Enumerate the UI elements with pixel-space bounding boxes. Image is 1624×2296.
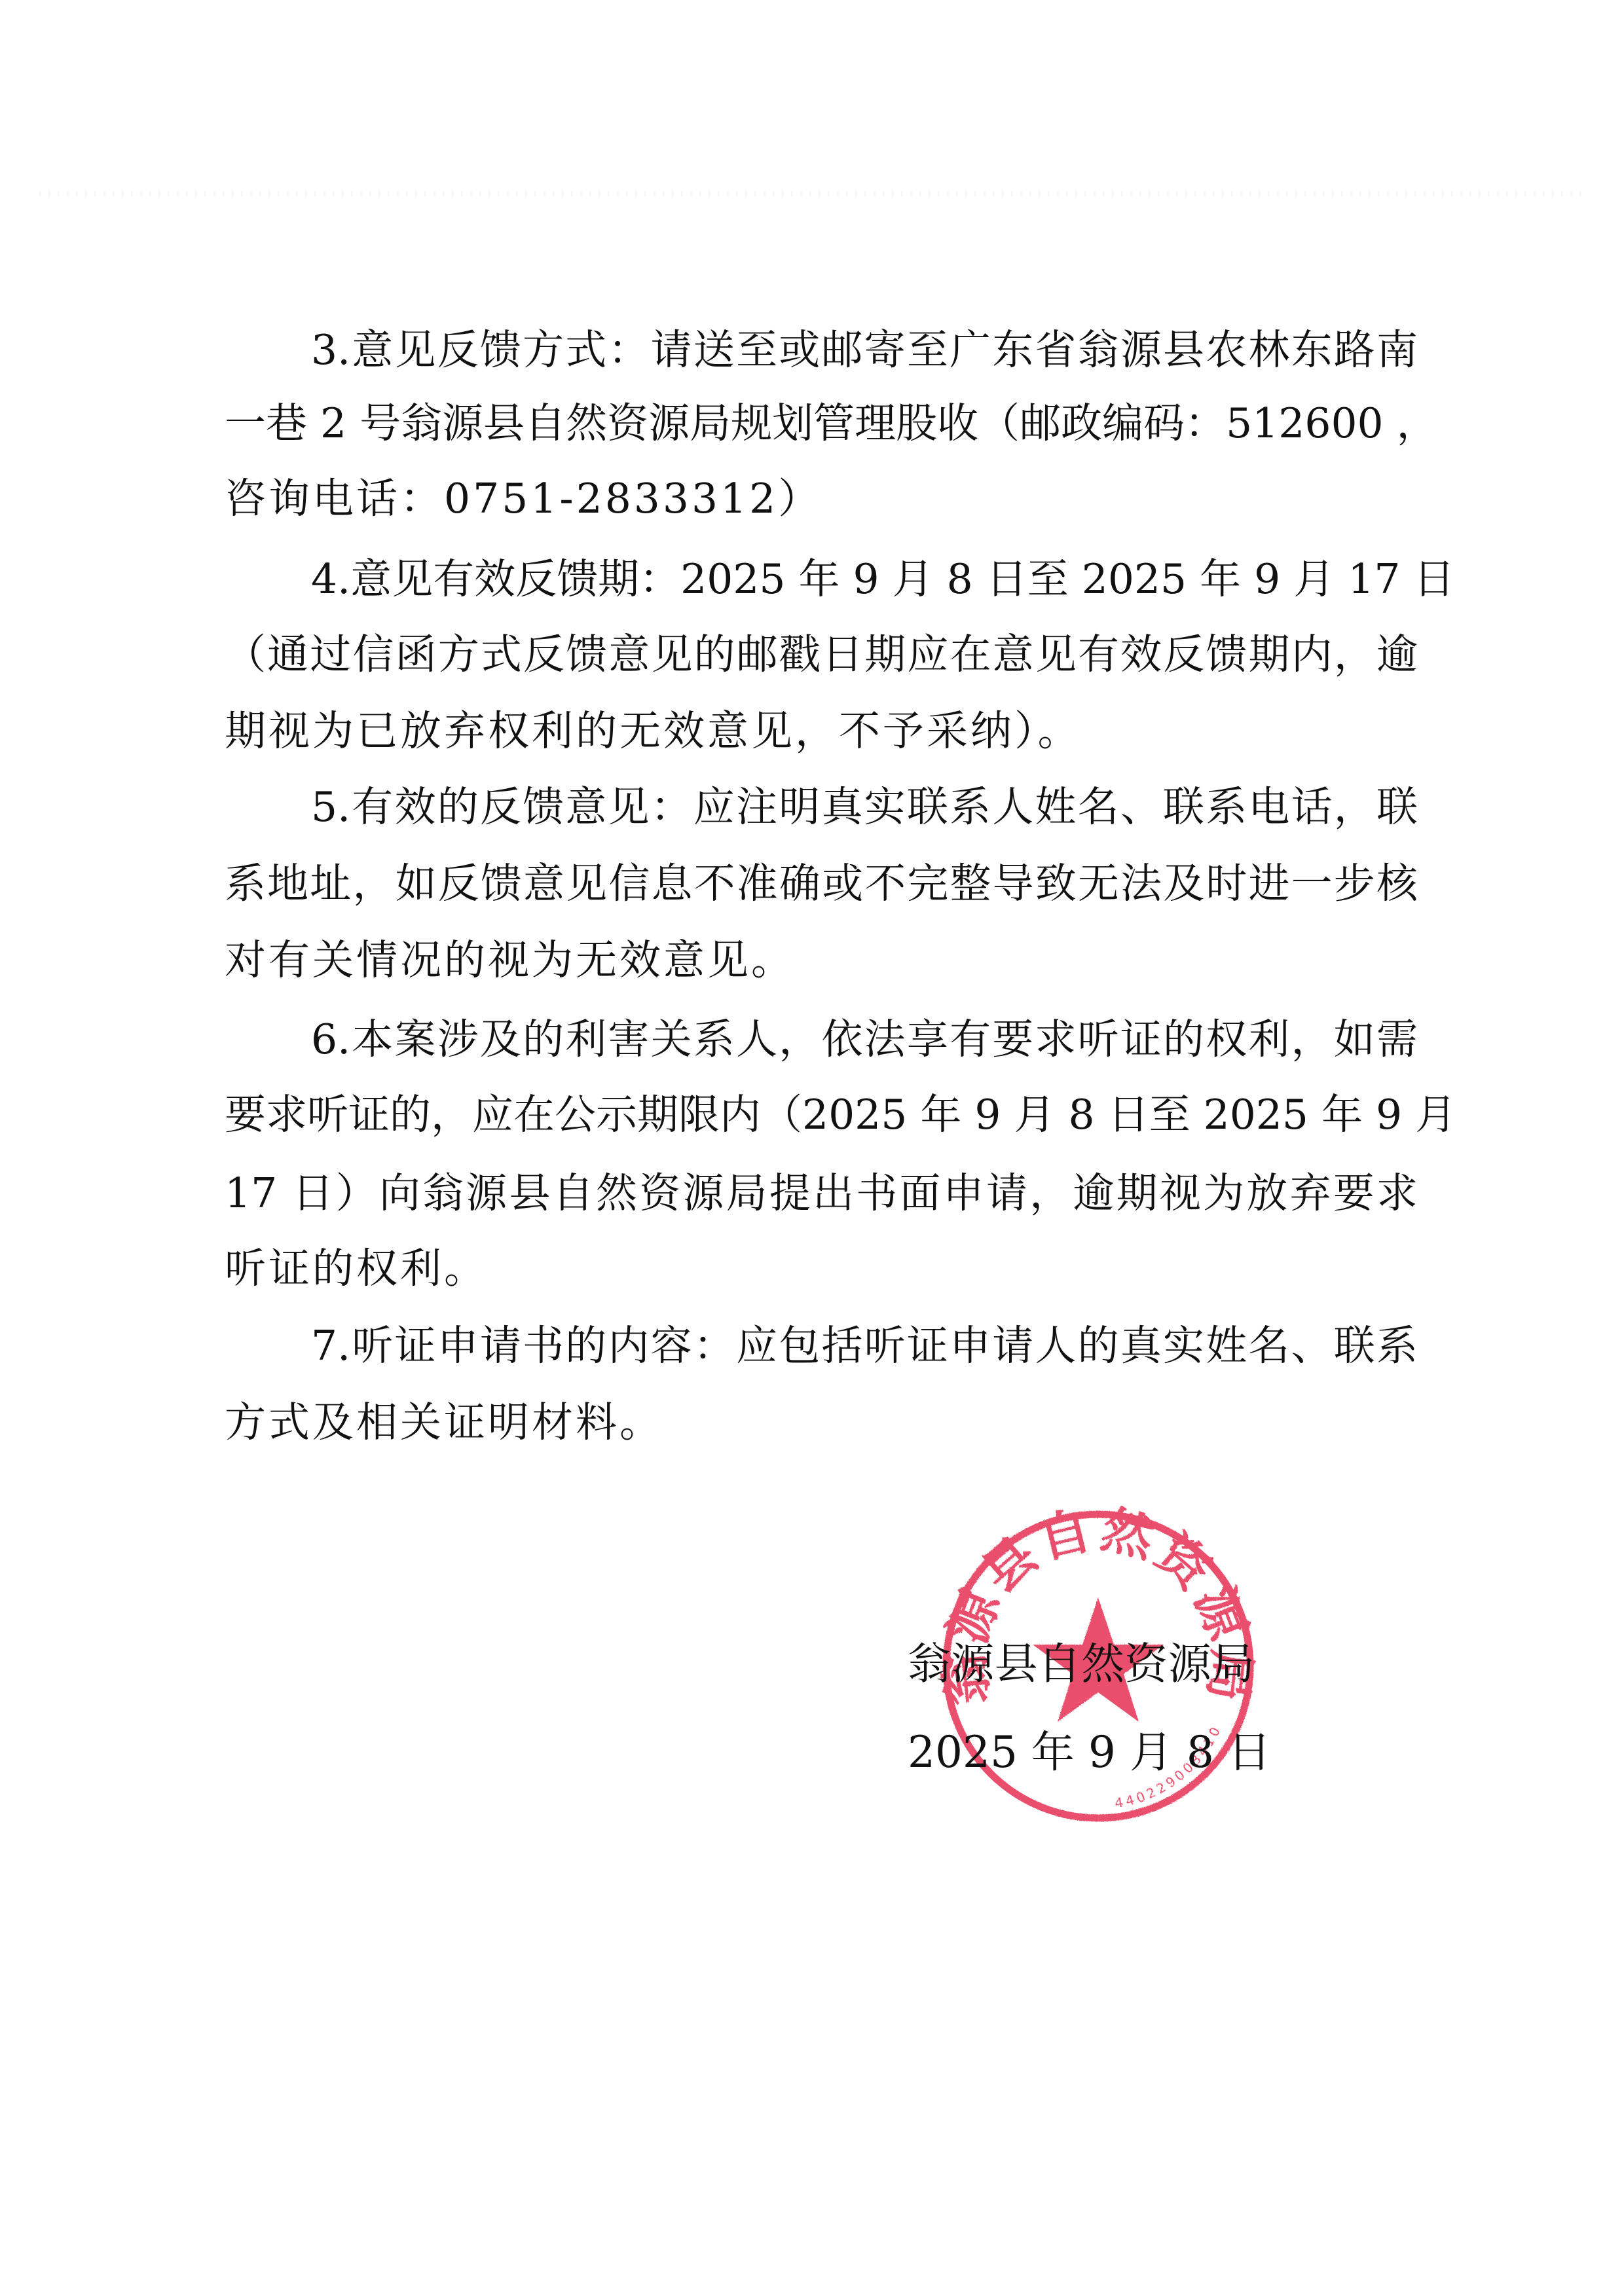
- item-6-line-3: 17 日）向翁源县自然资源局提出书面申请，逾期视为放弃要求: [225, 1167, 1418, 1220]
- signature-organization: 翁源县自然资源局: [908, 1638, 1255, 1690]
- scan-artifact: [39, 191, 1585, 196]
- item-3-line-3: 咨询电话：0751-2833312）: [225, 473, 1418, 525]
- item-5-line-1: 5.有效的反馈意见：应注明真实联系人姓名、联系电话，联: [311, 781, 1418, 833]
- item-3-line-2: 一巷 2 号翁源县自然资源局规划管理股收（邮政编码：512600 ，: [225, 397, 1418, 450]
- item-5-line-3: 对有关情况的视为无效意见。: [225, 934, 1418, 987]
- item-6-line-2: 要求听证的，应在公示期限内（2025 年 9 月 8 日至 2025 年 9 月: [225, 1089, 1418, 1141]
- document-page: 3.意见反馈方式：请送至或邮寄至广东省翁源县农林东路南 一巷 2 号翁源县自然资…: [0, 0, 1624, 2296]
- item-3-line-1: 3.意见反馈方式：请送至或邮寄至广东省翁源县农林东路南: [311, 324, 1418, 376]
- item-4-line-1: 4.意见有效反馈期：2025 年 9 月 8 日至 2025 年 9 月 17 …: [311, 553, 1418, 606]
- item-6-line-1: 6.本案涉及的利害关系人，依法享有要求听证的权利，如需: [311, 1013, 1418, 1066]
- item-6-line-4: 听证的权利。: [225, 1243, 1418, 1295]
- item-4-line-2: （通过信函方式反馈意见的邮戳日期应在意见有效反馈期内，逾: [225, 629, 1418, 681]
- item-7-line-1: 7.听证申请书的内容：应包括听证申请人的真实姓名、联系: [311, 1320, 1418, 1372]
- signature-date: 2025 年 9 月 8 日: [908, 1726, 1215, 1779]
- item-4-line-3: 期视为已放弃权利的无效意见，不予采纳）。: [225, 705, 1418, 757]
- item-7-line-2: 方式及相关证明材料。: [225, 1396, 1418, 1449]
- item-5-line-2: 系地址，如反馈意见信息不准确或不完整导致无法及时进一步核: [225, 858, 1418, 910]
